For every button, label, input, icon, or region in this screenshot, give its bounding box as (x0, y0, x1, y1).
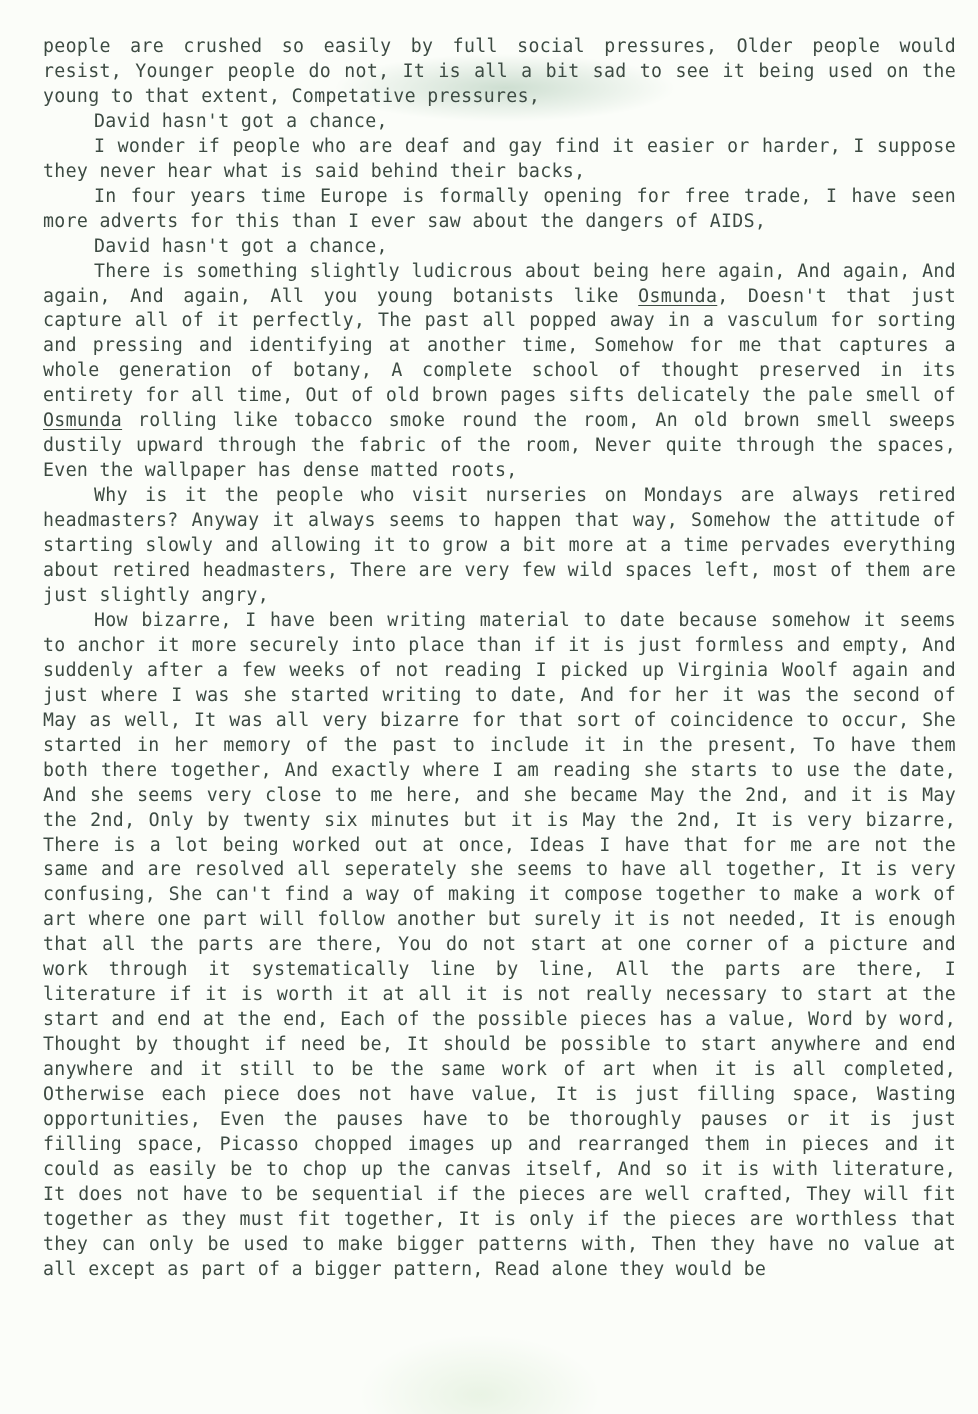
paragraph: Why is it the people who visit nurseries… (43, 484, 956, 609)
paragraph: There is something slightly ludicrous ab… (43, 260, 956, 485)
paragraph: people are crushed so easily by full soc… (43, 35, 956, 110)
scanned-page: people are crushed so easily by full soc… (0, 0, 978, 1414)
text-run: In four years time Europe is formally op… (43, 186, 956, 232)
text-run: David hasn't got a chance, (94, 236, 388, 257)
underlined-term: Osmunda (43, 410, 122, 431)
paragraph: David hasn't got a chance, (43, 110, 956, 135)
underlined-term: Osmunda (638, 286, 717, 307)
text-run: people are crushed so easily by full soc… (43, 36, 956, 107)
text-run: rolling like tobacco smoke round the roo… (43, 410, 956, 481)
paragraph: How bizarre, I have been writing materia… (43, 609, 956, 1283)
text-run: David hasn't got a chance, (94, 111, 388, 132)
paragraph: I wonder if people who are deaf and gay … (43, 135, 956, 185)
text-run: I wonder if people who are deaf and gay … (43, 136, 956, 182)
paragraph: David hasn't got a chance, (43, 235, 956, 260)
text-run: Why is it the people who visit nurseries… (43, 485, 956, 606)
document-body: people are crushed so easily by full soc… (43, 35, 956, 1283)
text-run: How bizarre, I have been writing materia… (43, 610, 956, 1280)
paragraph: In four years time Europe is formally op… (43, 185, 956, 235)
